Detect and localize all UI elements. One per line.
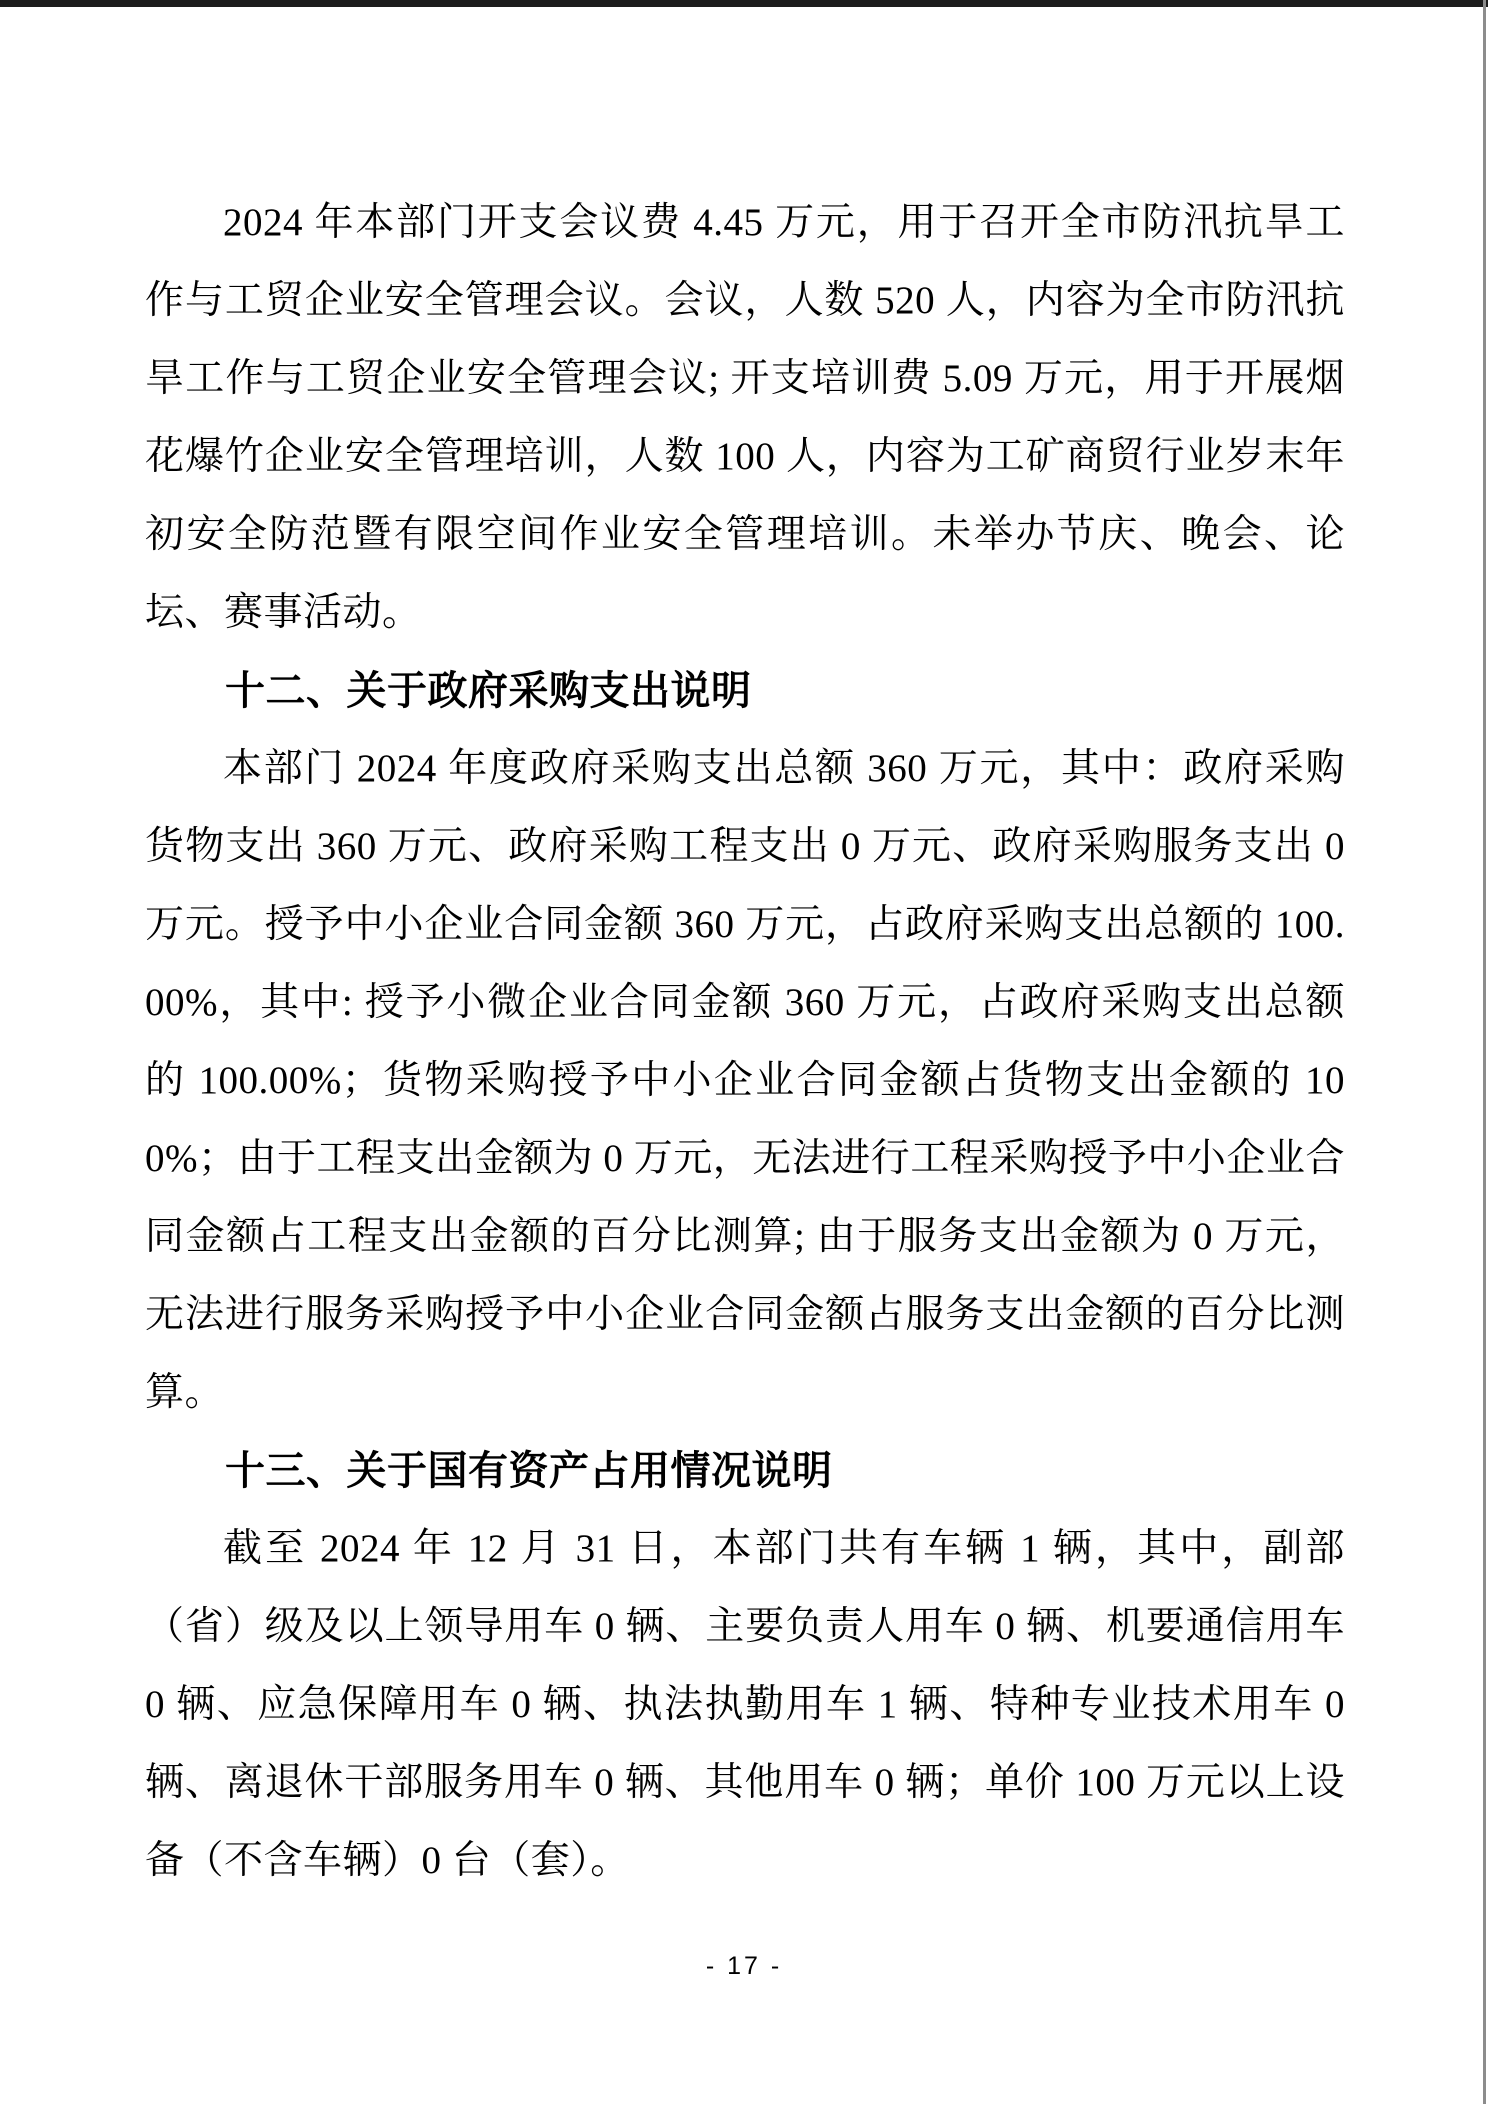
section-heading-12-government-procurement: 十二、关于政府采购支出说明 <box>145 652 1345 730</box>
page-top-border <box>0 0 1488 7</box>
section-heading-13-state-assets: 十三、关于国有资产占用情况说明 <box>145 1432 1345 1510</box>
document-content: 2024 年本部门开支会议费 4.45 万元，用于召开全市防汛抗旱工作与工贸企业… <box>145 184 1345 1900</box>
paragraph-state-assets-detail: 截至 2024 年 12 月 31 日，本部门共有车辆 1 辆，其中，副部（省）… <box>145 1510 1345 1900</box>
paragraph-meeting-and-training-expense: 2024 年本部门开支会议费 4.45 万元，用于召开全市防汛抗旱工作与工贸企业… <box>145 184 1345 652</box>
paragraph-government-procurement-detail: 本部门 2024 年度政府采购支出总额 360 万元，其中：政府采购货物支出 3… <box>145 730 1345 1432</box>
page-number: - 17 - <box>0 1948 1488 1984</box>
document-page: 2024 年本部门开支会议费 4.45 万元，用于召开全市防汛抗旱工作与工贸企业… <box>0 0 1488 2104</box>
page-right-border <box>1483 0 1486 2104</box>
